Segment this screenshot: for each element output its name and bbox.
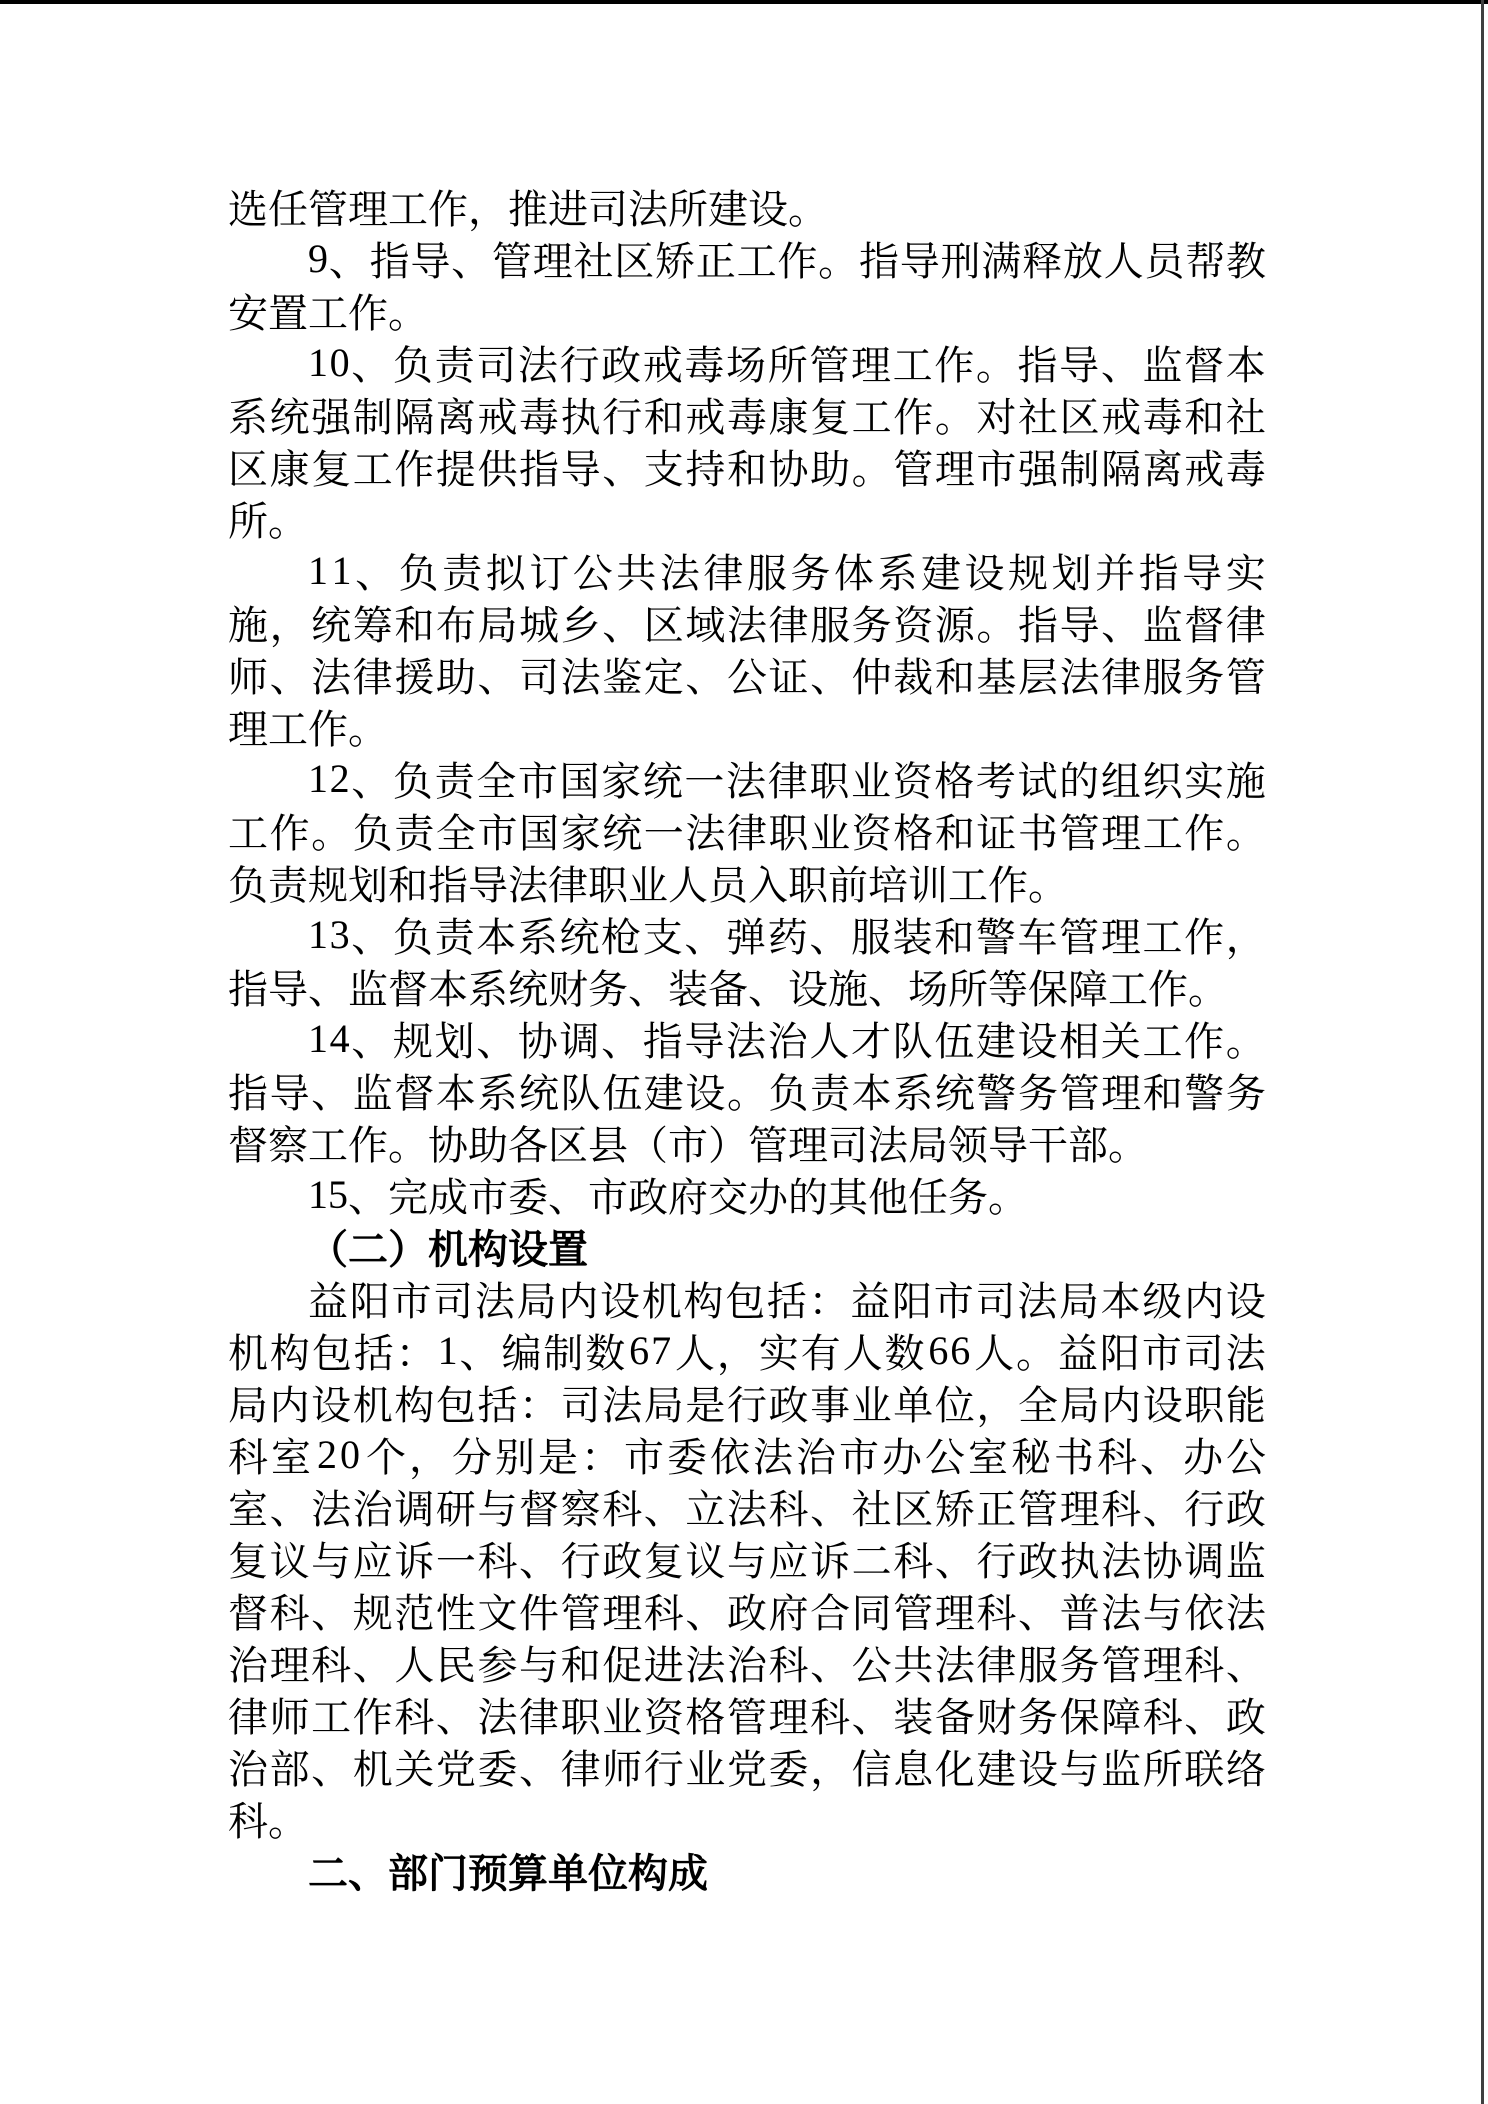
text-line: 12、负责全市国家统一法律职业资格考试的组织实施	[228, 752, 1266, 804]
text-line: 理工作。	[228, 700, 1266, 752]
text-line: 14、规划、协调、指导法治人才队伍建设相关工作。	[228, 1012, 1266, 1064]
text-line: 区康复工作提供指导、支持和协助。管理市强制隔离戒毒	[228, 440, 1266, 492]
text-line: 督察工作。协助各区县（市）管理司法局领导干部。	[228, 1116, 1266, 1168]
text-line: 施，统筹和布局城乡、区域法律服务资源。指导、监督律	[228, 596, 1266, 648]
text-line: 所。	[228, 492, 1266, 544]
text-line: 选任管理工作，推进司法所建设。	[228, 180, 1266, 232]
text-line: 9、指导、管理社区矫正工作。指导刑满释放人员帮教	[228, 232, 1266, 284]
text-line: 10、负责司法行政戒毒场所管理工作。指导、监督本	[228, 336, 1266, 388]
text-line: 负责规划和指导法律职业人员入职前培训工作。	[228, 856, 1266, 908]
document-page: 选任管理工作，推进司法所建设。9、指导、管理社区矫正工作。指导刑满释放人员帮教安…	[0, 0, 1488, 2104]
text-line: 13、负责本系统枪支、弹药、服装和警车管理工作，	[228, 908, 1266, 960]
section-heading: （二）机构设置	[228, 1220, 1266, 1272]
text-line: 指导、监督本系统财务、装备、设施、场所等保障工作。	[228, 960, 1266, 1012]
page-right-edge-line	[1481, 0, 1484, 2104]
text-line: 15、完成市委、市政府交办的其他任务。	[228, 1168, 1266, 1220]
text-line: 督科、规范性文件管理科、政府合同管理科、普法与依法	[228, 1584, 1266, 1636]
text-line: 治部、机关党委、律师行业党委，信息化建设与监所联络	[228, 1740, 1266, 1792]
page-top-edge-line	[0, 0, 1488, 4]
text-line: 室、法治调研与督察科、立法科、社区矫正管理科、行政	[228, 1480, 1266, 1532]
text-line: 治理科、人民参与和促进法治科、公共法律服务管理科、	[228, 1636, 1266, 1688]
text-line: 律师工作科、法律职业资格管理科、装备财务保障科、政	[228, 1688, 1266, 1740]
text-line: 复议与应诉一科、行政复议与应诉二科、行政执法协调监	[228, 1532, 1266, 1584]
text-line: 11、负责拟订公共法律服务体系建设规划并指导实	[228, 544, 1266, 596]
text-line: 局内设机构包括：司法局是行政事业单位，全局内设职能	[228, 1376, 1266, 1428]
text-line: 机构包括：1、编制数 67 人，实有人数 66 人。益阳市司法	[228, 1324, 1266, 1376]
text-line: 安置工作。	[228, 284, 1266, 336]
text-line: 工作。负责全市国家统一法律职业资格和证书管理工作。	[228, 804, 1266, 856]
text-line: 益阳市司法局内设机构包括：益阳市司法局本级内设	[228, 1272, 1266, 1324]
document-content: 选任管理工作，推进司法所建设。9、指导、管理社区矫正工作。指导刑满释放人员帮教安…	[228, 180, 1266, 1896]
text-line: 科室 20 个，分别是：市委依法治市办公室秘书科、办公	[228, 1428, 1266, 1480]
text-line: 师、法律援助、司法鉴定、公证、仲裁和基层法律服务管	[228, 648, 1266, 700]
text-line: 指导、监督本系统队伍建设。负责本系统警务管理和警务	[228, 1064, 1266, 1116]
text-line: 科。	[228, 1792, 1266, 1844]
section-heading: 二、部门预算单位构成	[228, 1844, 1266, 1896]
text-line: 系统强制隔离戒毒执行和戒毒康复工作。对社区戒毒和社	[228, 388, 1266, 440]
